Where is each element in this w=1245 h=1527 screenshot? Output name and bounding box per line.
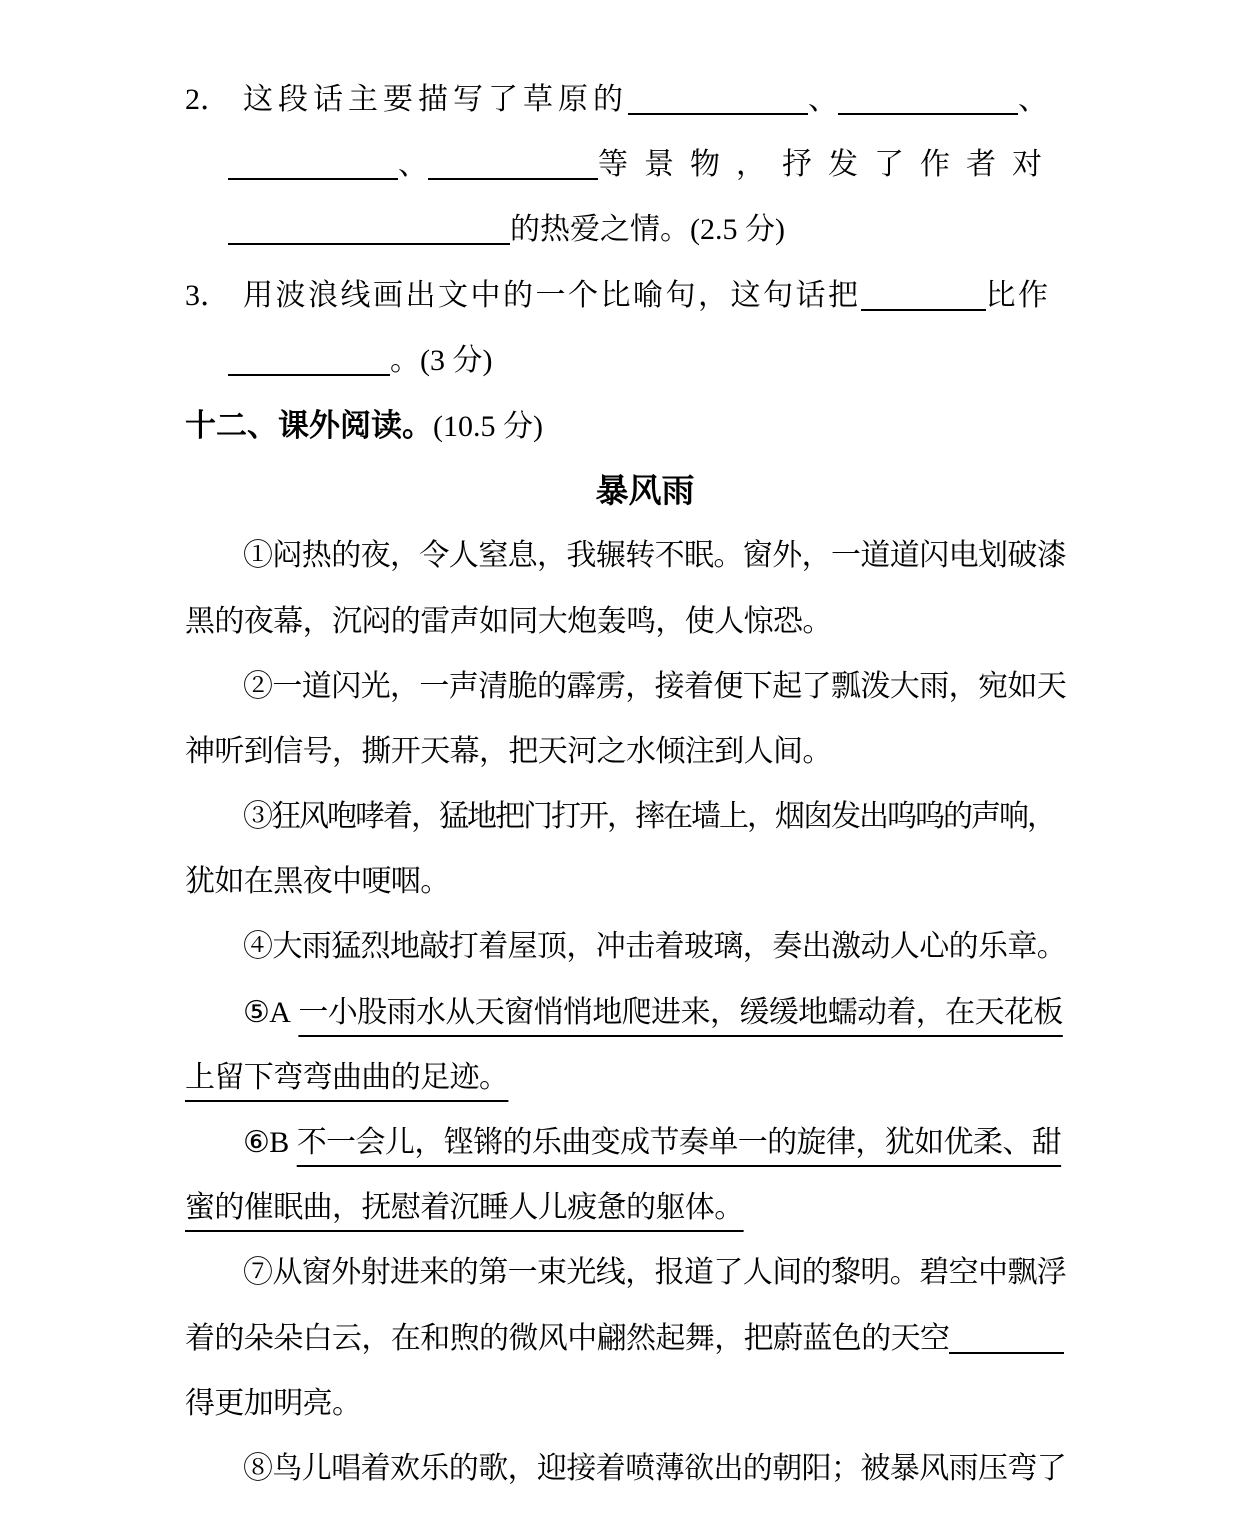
question-3-tail-text: 。	[390, 344, 420, 377]
underlined-sentence-b-part-1: 不一会儿，铿锵的乐曲变成节奏单一的旋律，犹如优柔、甜	[297, 1126, 1061, 1159]
question-3-number: 3．	[185, 263, 243, 328]
passage-paragraph-7-line-2-text: 着的朵朵白云，在和煦的微风中翩然起舞，把蔚蓝色的天空	[185, 1322, 949, 1355]
exam-page: 2．这段话主要描写了草原的、、 、等景物，抒发了作者对 的热爱之情。(2.5 分…	[185, 67, 1075, 1501]
passage-paragraph-5-line-2: 上留下弯弯曲曲的足迹。	[185, 1045, 1075, 1110]
passage-paragraph-1-line-1: ①闷热的夜，令人窒息，我辗转不眠。窗外，一道道闪电划破漆	[185, 523, 1075, 588]
question-2-number: 2．	[185, 67, 243, 132]
passage-paragraph-8-line-1: ⑧鸟儿唱着欢乐的歌，迎接着喷薄欲出的朝阳；被暴风雨压弯了	[185, 1436, 1075, 1501]
passage-paragraph-7-line-1: ⑦从窗外射进来的第一束光线，报道了人间的黎明。碧空中飘浮	[185, 1240, 1075, 1305]
section-score: (10.5 分)	[433, 410, 543, 443]
underlined-sentence-a-part-2: 上留下弯弯曲曲的足迹。	[185, 1061, 508, 1094]
passage-paragraph-6-line-1: ⑥B不一会儿，铿锵的乐曲变成节奏单一的旋律，犹如优柔、甜	[185, 1110, 1075, 1175]
answer-blank	[861, 281, 986, 311]
question-2-line-1: 2．这段话主要描写了草原的、、	[185, 67, 1075, 132]
question-2-justified-text: 等景物，抒发了作者对	[598, 148, 1058, 181]
answer-blank	[838, 85, 1018, 115]
underlined-sentence-a-part-1: 一小股雨水从天窗悄悄地爬进来，缓缓地蠕动着，在天花板	[298, 996, 1062, 1029]
passage-paragraph-6-line-2: 蜜的催眠曲，抚慰着沉睡人儿疲惫的躯体。	[185, 1175, 1075, 1240]
answer-blank	[228, 150, 398, 180]
answer-blank	[228, 215, 510, 245]
question-2-line-2: 、等景物，抒发了作者对	[185, 132, 1075, 197]
passage-paragraph-3-line-2: 犹如在黑夜中哽咽。	[185, 849, 1075, 914]
question-3-line-2: 。(3 分)	[185, 328, 1075, 393]
passage-paragraph-3-line-1: ③狂风咆哮着，猛地把门打开，摔在墙上，烟囱发出呜呜的声响，	[185, 784, 1075, 849]
passage-paragraph-2-line-1: ②一道闪光，一声清脆的霹雳，接着便下起了瓢泼大雨，宛如天	[185, 654, 1075, 719]
question-2-tail-text: 的热爱之情。	[510, 213, 690, 246]
paragraph-6-marker: ⑥B	[243, 1126, 289, 1159]
passage-paragraph-5-line-1: ⑤A一小股雨水从天窗悄悄地爬进来，缓缓地蠕动着，在天花板	[185, 980, 1075, 1045]
enumeration-comma: 、	[808, 83, 838, 116]
question-3-score: (3 分)	[420, 344, 492, 377]
section-label: 十二、课外阅读。	[185, 408, 433, 443]
passage-paragraph-1-line-2: 黑的夜幕，沉闷的雷声如同大炮轰鸣，使人惊恐。	[185, 589, 1075, 654]
enumeration-comma: 、	[398, 148, 428, 181]
question-3-text: 用波浪线画出文中的一个比喻句，这句话把	[243, 279, 861, 312]
passage-paragraph-4-line-1: ④大雨猛烈地敲打着屋顶，冲击着玻璃，奏出激动人心的乐章。	[185, 914, 1075, 979]
answer-blank	[428, 150, 598, 180]
question-2-text: 这段话主要描写了草原的	[243, 83, 628, 116]
answer-blank	[628, 85, 808, 115]
question-3-line-1: 3．用波浪线画出文中的一个比喻句，这句话把比作	[185, 263, 1075, 328]
passage-paragraph-2-line-2: 神听到信号，撕开天幕，把天河之水倾注到人间。	[185, 719, 1075, 784]
question-2-line-3: 的热爱之情。(2.5 分)	[185, 197, 1075, 262]
underlined-sentence-b-part-2: 蜜的催眠曲，抚慰着沉睡人儿疲惫的躯体。	[185, 1191, 744, 1224]
answer-blank	[228, 346, 390, 376]
question-2-score: (2.5 分)	[690, 213, 785, 246]
enumeration-comma: 、	[1018, 83, 1048, 116]
passage-title: 暴风雨	[185, 458, 1075, 523]
question-3-text-after-blank: 比作	[986, 279, 1051, 312]
answer-blank	[949, 1324, 1064, 1354]
passage-paragraph-7-line-3: 得更加明亮。	[185, 1371, 1075, 1436]
passage-paragraph-7-line-2: 着的朵朵白云，在和煦的微风中翩然起舞，把蔚蓝色的天空	[185, 1306, 1075, 1371]
paragraph-5-marker: ⑤A	[243, 996, 290, 1029]
section-heading: 十二、课外阅读。(10.5 分)	[185, 393, 1075, 458]
